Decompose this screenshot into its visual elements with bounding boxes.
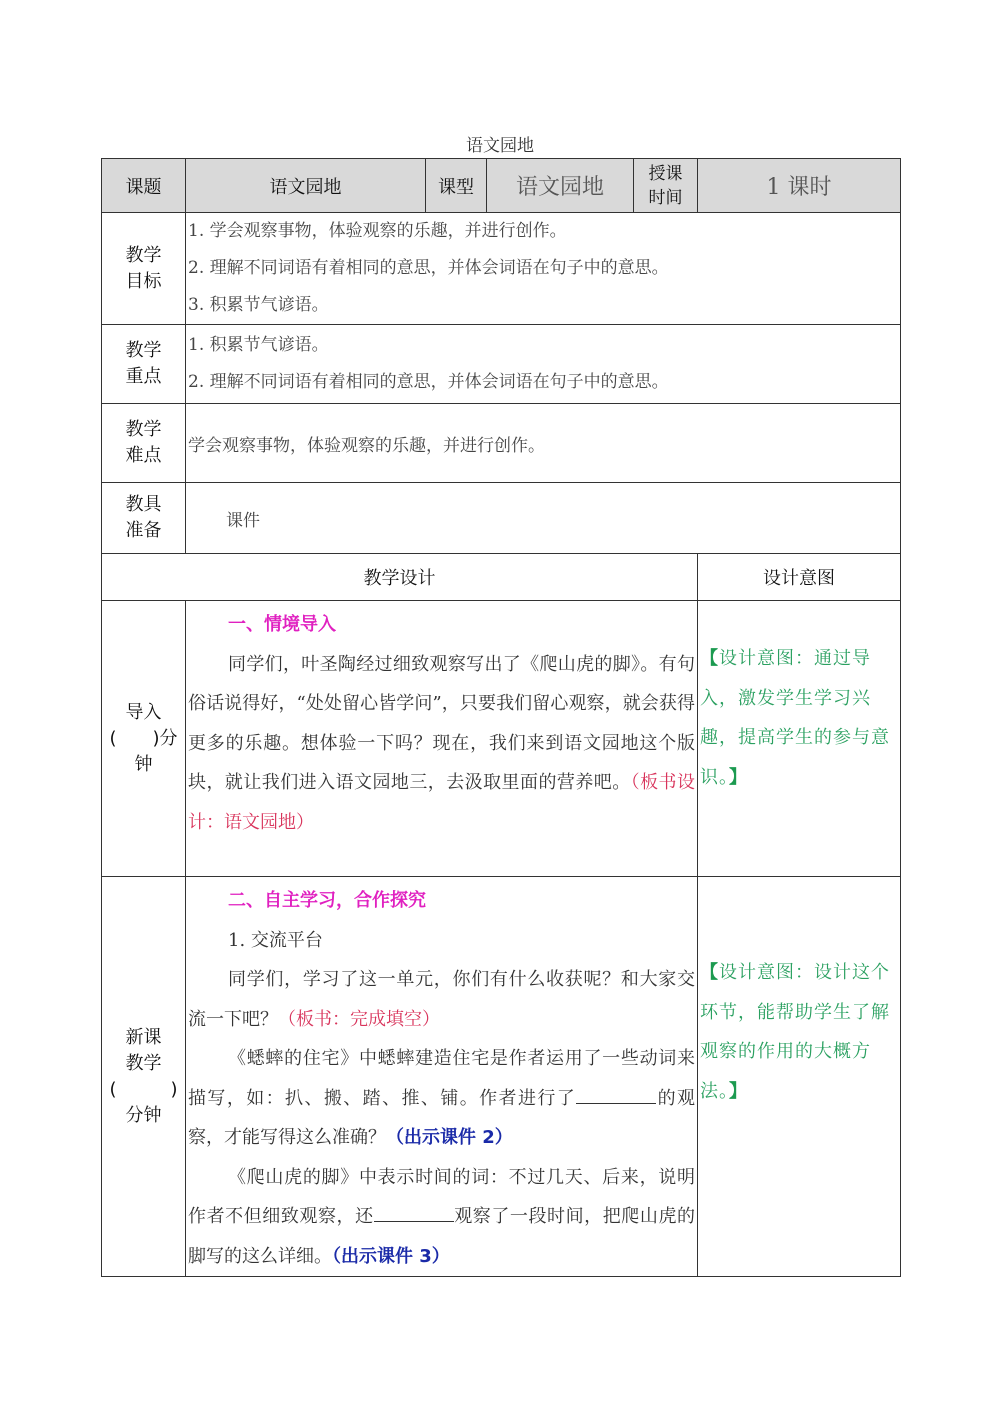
materials-label: 教具 准备 bbox=[102, 483, 186, 554]
bracket-open: 【 bbox=[700, 962, 719, 983]
difficulties-label: 教学 难点 bbox=[102, 404, 186, 483]
intro-paragraph: 同学们，叶圣陶经过细致观察写出了《爬山虎的脚》。有句俗话说得好，“处处留心皆学问… bbox=[188, 645, 695, 843]
label-line: 教具 bbox=[102, 492, 185, 518]
objectives-label: 教学 目标 bbox=[102, 213, 186, 325]
label-line: ( )分 bbox=[102, 726, 185, 752]
label-line: ( ) bbox=[102, 1077, 185, 1103]
time-label-line2: 时间 bbox=[634, 186, 697, 210]
design-header-row: 教学设计 设计意图 bbox=[102, 554, 901, 601]
label-line: 钟 bbox=[102, 752, 185, 778]
type-label: 课型 bbox=[426, 159, 487, 213]
label-line: 教学 bbox=[102, 1051, 185, 1077]
new-lesson-row: 新课 教学 ( ) 分钟 二、自主学习，合作探究 1. 交流平台 同学们，学习了… bbox=[102, 877, 901, 1277]
difficulties-content: 学会观察事物，体验观察的乐趣，并进行创作。 bbox=[186, 404, 901, 483]
key-points-label: 教学 重点 bbox=[102, 325, 186, 404]
label-line: 重点 bbox=[102, 364, 185, 390]
courseware-note: （出示课件 3） bbox=[332, 1246, 450, 1267]
objective-item: 3. 积累节气谚语。 bbox=[188, 287, 900, 324]
intro-content: 一、情境导入 同学们，叶圣陶经过细致观察写出了《爬山虎的脚》。有句俗话说得好，“… bbox=[186, 601, 698, 877]
intro-heading: 一、情境导入 bbox=[188, 605, 695, 645]
intro-intent: 【设计意图：通过导入，激发学生学习兴趣，提高学生的参与意识。】 bbox=[698, 601, 901, 877]
label-line: 教学 bbox=[102, 338, 185, 364]
label-line: 分钟 bbox=[102, 1103, 185, 1129]
materials-content: 课件 bbox=[186, 483, 901, 554]
paragraph-2: 《蟋蟀的住宅》中蟋蟀建造住宅是作者运用了一些动词来描写，如：扒、搬、踏、推、铺。… bbox=[188, 1039, 695, 1158]
document-title: 语文园地 bbox=[0, 131, 1000, 156]
objective-item: 1. 学会观察事物，体验观察的乐趣，并进行创作。 bbox=[188, 213, 900, 250]
label-line: 准备 bbox=[102, 518, 185, 544]
key-points-content: 1. 积累节气谚语。 2. 理解不同词语有着相同的意思，并体会词语在句子中的意思… bbox=[186, 325, 901, 404]
bracket-close: 】 bbox=[729, 767, 748, 788]
p1-text: 同学们，学习了这一单元，你们有什么收获呢？和大家交流一下吧？ bbox=[188, 969, 695, 1030]
new-lesson-intent: 【设计意图：设计这个环节，能帮助学生了解观察的作用的大概方法。】 bbox=[698, 877, 901, 1277]
sub-heading: 1. 交流平台 bbox=[188, 921, 695, 961]
time-label-line1: 授课 bbox=[634, 162, 697, 186]
new-lesson-content: 二、自主学习，合作探究 1. 交流平台 同学们，学习了这一单元，你们有什么收获呢… bbox=[186, 877, 698, 1277]
new-lesson-label: 新课 教学 ( ) 分钟 bbox=[102, 877, 186, 1277]
time-label: 授课 时间 bbox=[634, 159, 698, 213]
paragraph-1: 同学们，学习了这一单元，你们有什么收获呢？和大家交流一下吧？（板书：完成填空） bbox=[188, 960, 695, 1039]
fill-blank bbox=[374, 1203, 454, 1222]
lesson-plan-table: 课题 语文园地 课型 语文园地 授课 时间 1 课时 教学 目标 1. 学会观察… bbox=[101, 158, 901, 1277]
key-point-item: 1. 积累节气谚语。 bbox=[188, 327, 900, 364]
label-line: 新课 bbox=[102, 1025, 185, 1051]
intro-label: 导入 ( )分 钟 bbox=[102, 601, 186, 877]
intent-header: 设计意图 bbox=[698, 554, 901, 601]
bracket-open: 【 bbox=[700, 648, 719, 669]
topic-label: 课题 bbox=[102, 159, 186, 213]
design-header: 教学设计 bbox=[102, 554, 698, 601]
header-row: 课题 语文园地 课型 语文园地 授课 时间 1 课时 bbox=[102, 159, 901, 213]
key-points-row: 教学 重点 1. 积累节气谚语。 2. 理解不同词语有着相同的意思，并体会词语在… bbox=[102, 325, 901, 404]
label-line: 导入 bbox=[102, 700, 185, 726]
paragraph-3: 《爬山虎的脚》中表示时间的词：不过几天、后来，说明作者不但细致观察，还观察了一段… bbox=[188, 1158, 695, 1277]
intro-paragraph-text: 同学们，叶圣陶经过细致观察写出了《爬山虎的脚》。有句俗话说得好，“处处留心皆学问… bbox=[188, 654, 695, 794]
topic-value: 语文园地 bbox=[186, 159, 426, 213]
label-line: 目标 bbox=[102, 269, 185, 295]
label-line: 教学 bbox=[102, 243, 185, 269]
time-value: 1 课时 bbox=[698, 159, 901, 213]
materials-row: 教具 准备 课件 bbox=[102, 483, 901, 554]
difficulties-row: 教学 难点 学会观察事物，体验观察的乐趣，并进行创作。 bbox=[102, 404, 901, 483]
objective-item: 2. 理解不同词语有着相同的意思，并体会词语在句子中的意思。 bbox=[188, 250, 900, 287]
intro-row: 导入 ( )分 钟 一、情境导入 同学们，叶圣陶经过细致观察写出了《爬山虎的脚》… bbox=[102, 601, 901, 877]
new-lesson-heading: 二、自主学习，合作探究 bbox=[188, 881, 695, 921]
label-line: 教学 bbox=[102, 417, 185, 443]
key-point-item: 2. 理解不同词语有着相同的意思，并体会词语在句子中的意思。 bbox=[188, 364, 900, 401]
courseware-note: （出示课件 2） bbox=[386, 1127, 513, 1148]
board-note: （板书：完成填空） bbox=[278, 1009, 440, 1030]
objectives-content: 1. 学会观察事物，体验观察的乐趣，并进行创作。 2. 理解不同词语有着相同的意… bbox=[186, 213, 901, 325]
label-line: 难点 bbox=[102, 443, 185, 469]
fill-blank bbox=[576, 1085, 656, 1104]
type-value: 语文园地 bbox=[487, 159, 634, 213]
objectives-row: 教学 目标 1. 学会观察事物，体验观察的乐趣，并进行创作。 2. 理解不同词语… bbox=[102, 213, 901, 325]
bracket-close: 】 bbox=[729, 1081, 748, 1102]
